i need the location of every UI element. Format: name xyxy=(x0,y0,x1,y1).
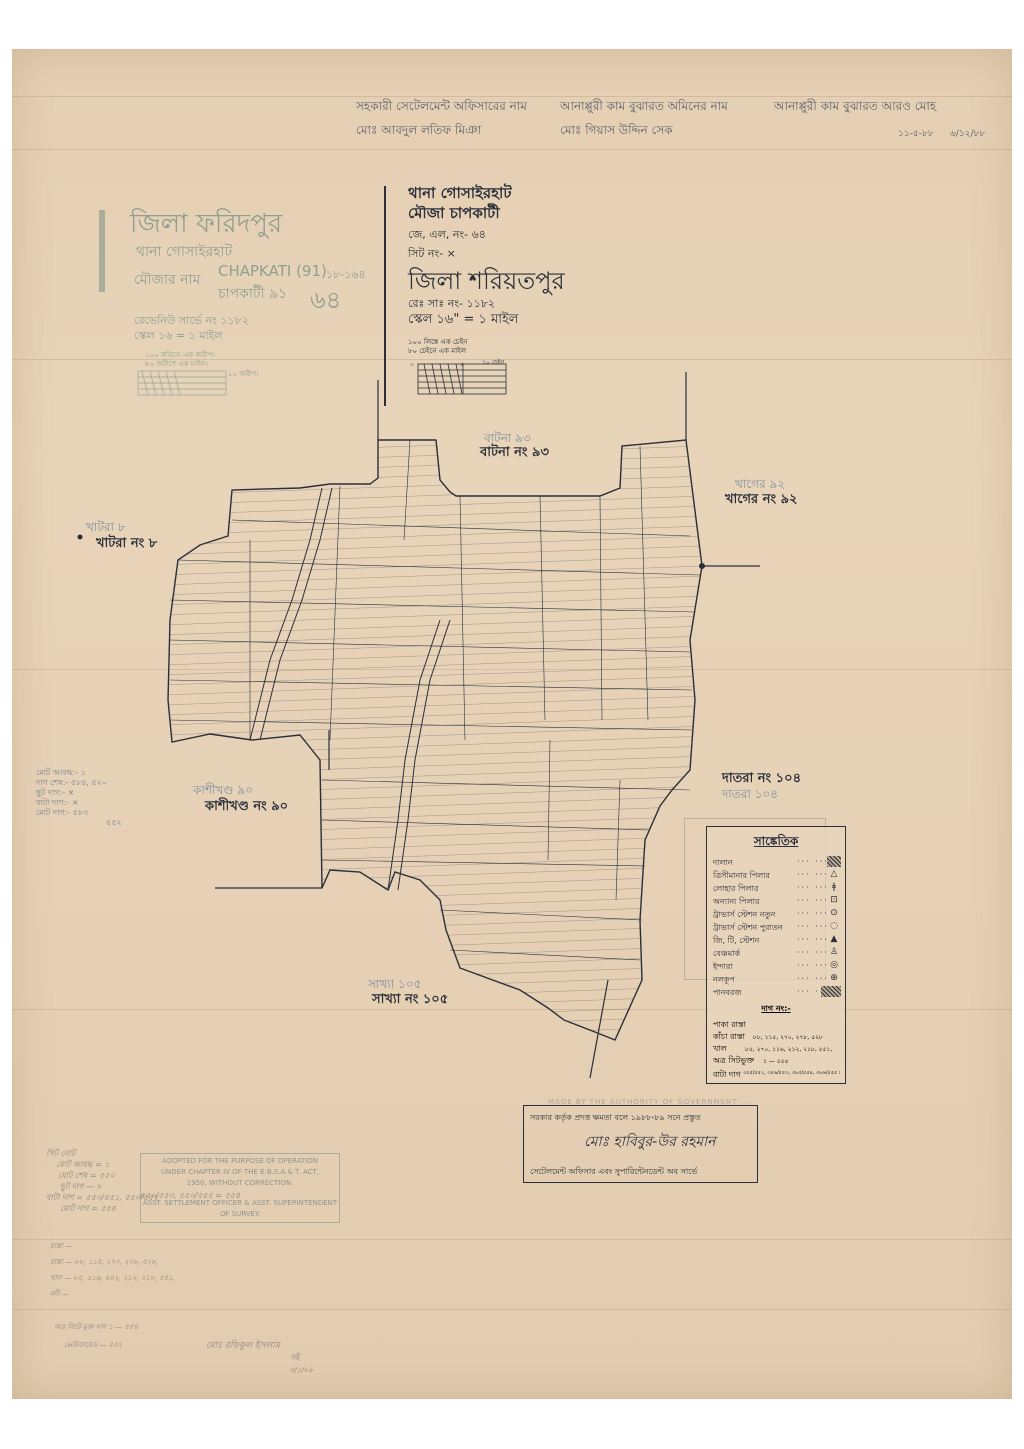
summary-line: মোট দাগ:- ৫৮৩ xyxy=(36,808,122,818)
trijunction-marker xyxy=(699,563,705,569)
pencil-notes-3: অত্র সিটে মুক্ত দাগ ১ — ৫৫৪ ভেরিফায়েড —… xyxy=(54,1318,138,1354)
kacha-road-value: ৮৮, ১১৫, ২৭০, ২৭৮, ৫২৮ xyxy=(753,1032,823,1043)
neighbor-east-old: দাতরা ১০৪ xyxy=(722,786,778,806)
summary-line: দাগ শেষ:- ৫৮৪, ৫২০ xyxy=(36,778,122,788)
adopted-line5: OF SURVEY. xyxy=(141,1210,339,1218)
canal-value: ৮৫, ২৭০, ১১৬, ২১২, ২১৮, ৫৫১, xyxy=(745,1044,832,1055)
neighbor-north: বাটনা নং ৯৩ xyxy=(480,443,549,464)
pencil-note: রাস্তা — ৮৮, ১১৫, ২৭০, ২৭৮, ৫২৮, xyxy=(50,1254,175,1270)
neighbor-south: সাখ্যা নং ১০৫ xyxy=(372,990,448,1011)
adopted-line3: 1950, WITHOUT CORRECTION. xyxy=(141,1179,339,1187)
neighbor-northeast: খাগের নং ৯২ xyxy=(725,490,798,511)
traverse-old-icon: ◌ xyxy=(827,921,841,932)
pencil-notes-1: সিট নোট মোট আবদ্ধ = ১ মোট শেষ = ৫৫০ ছুট … xyxy=(46,1148,158,1214)
legend-item: ট্রাভার্স স্টেশন পুরাতন··· ···◌ xyxy=(713,922,841,935)
pencil-fraction: ৫৫০/৫৫৩, ৫৫০/৫৫৫ = ৫৫৪ xyxy=(140,1190,240,1203)
legend-item: ইন্দারা··· ···◎ xyxy=(713,961,841,974)
plot-summary: মোট আবদ্ধ:- ১ দাগ শেষ:- ৫৮৪, ৫২০ ছুট দাগ… xyxy=(36,768,122,828)
legend-label: ইন্দারা xyxy=(713,961,733,974)
adopted-stamp: ADOPTED FOR THE PURPOSE OF OPERATION UND… xyxy=(140,1153,340,1223)
neighbor-southwest: কাশীখণ্ড নং ৯০ xyxy=(205,797,288,818)
betel-garden-icon xyxy=(821,986,841,997)
legend-item: দালান··· ··· xyxy=(713,857,841,870)
sheet-included-label: অত্র সিটভুক্ত xyxy=(713,1055,754,1068)
old-scale-bar xyxy=(138,371,226,395)
legend-item: বেঞ্চমার্ক··· ···♙ xyxy=(713,948,841,961)
legend-label: ট্রাভার্স স্টেশন নতুন xyxy=(713,909,775,922)
pencil-note: নদী — xyxy=(50,1286,175,1302)
cadastral-map xyxy=(0,0,1024,1449)
legend-label: অন্যান্য পিলার xyxy=(713,896,759,909)
tri-junction-pillar-icon: △ xyxy=(827,869,841,880)
legend-label: নলকূপ xyxy=(713,974,735,987)
legend-label: লোহার পিলার xyxy=(713,883,758,896)
pencil-note: অত্র সিটে মুক্ত দাগ ১ — ৫৫৪ xyxy=(54,1318,138,1336)
summary-line: বাটা দাগ:- × xyxy=(36,798,122,808)
pencil-note: মোট শেষ = ৫৫০ xyxy=(46,1170,158,1181)
west-dot xyxy=(78,535,83,540)
gt-station-icon: ▲ xyxy=(827,934,841,945)
pencil-date: ৫/১/৮৯ xyxy=(290,1364,313,1376)
pencil-note: সিট নোট xyxy=(46,1148,158,1159)
pencil-note: মোট দাগ = ৫৫৪ xyxy=(46,1203,158,1214)
benchmark-icon: ♙ xyxy=(827,947,841,958)
traverse-new-icon: ⊙ xyxy=(827,908,841,919)
legend-item: পানবরজ··· ··· xyxy=(713,987,841,1000)
legend-item: জি, টি, স্টেশন··· ···▲ xyxy=(713,935,841,948)
bata-dag-label: বাটা দাগ xyxy=(713,1069,741,1082)
pencil-notes-2: রাস্তা — রাস্তা — ৮৮, ১১৫, ২৭০, ২৭৮, ৫২৮… xyxy=(50,1238,175,1302)
legend-item: ত্রিসীমানার পিলার··· ···△ xyxy=(713,870,841,883)
pencil-note: রাস্তা — xyxy=(50,1238,175,1254)
pencil-note: খাল — ৮৫, ১১৬, ৪৪২, ২১২, ২১৮, ৫৫১, xyxy=(50,1270,175,1286)
cert-signature: মোঃ হাবিবুর-উর রহমান xyxy=(584,1130,716,1154)
other-pillar-icon: ⊡ xyxy=(827,895,841,906)
summary-line: মোট আবদ্ধ:- ১ xyxy=(36,768,122,778)
scale-bar xyxy=(418,364,506,394)
legend-label: ট্রাভার্স স্টেশন পুরাতন xyxy=(713,922,783,935)
pencil-signature: মোঃ রফিকুল ইসলাম xyxy=(206,1338,280,1353)
cert-line3: সেটেলমেন্ট অফিসার এবং সুপারিন্টেনডেন্ট অ… xyxy=(530,1166,697,1179)
cert-line1: সরকার কর্তৃক প্রদত্ত ক্ষমতা বলে ১৯৮৮-৮৯ … xyxy=(530,1112,701,1125)
summary-footnote: ৫৫২ xyxy=(36,818,122,828)
well-icon: ◎ xyxy=(827,960,841,971)
legend-item: ট্রাভার্স স্টেশন নতুন··· ···⊙ xyxy=(713,909,841,922)
bata-dag-value: ৩৫৫/৫৫২, ৩৫৬/৫৫৩, ৩৮৫/৫৫৪, ৩৮৬/৫৫৫ । xyxy=(743,1070,841,1078)
legend: সাঙ্কেতিক দালান··· ··· ত্রিসীমানার পিলার… xyxy=(706,826,846,1084)
tubewell-icon: ⊕ xyxy=(827,973,841,984)
legend-item: অন্যান্য পিলার··· ···⊡ xyxy=(713,896,841,909)
pencil-note: ভেরিফায়েড — ৫৫২ xyxy=(54,1336,138,1354)
certificate-box: সরকার কর্তৃক প্রদত্ত ক্ষমতা বলে ১৯৮৮-৮৯ … xyxy=(523,1105,758,1183)
dag-header: দাগ নং:- xyxy=(707,1003,845,1016)
legend-label: পানবরজ xyxy=(713,987,742,1000)
iron-pillar-icon: ǂ xyxy=(827,882,841,893)
adopted-line2: UNDER CHAPTER IV OF THE E.B.S.A.& T. ACT… xyxy=(141,1168,339,1176)
legend-item: লোহার পিলার··· ···ǂ xyxy=(713,883,841,896)
building-icon xyxy=(827,856,841,867)
legend-label: দালান xyxy=(713,857,733,870)
sheet-included-value: ১ — ৫৫৪ xyxy=(763,1056,788,1067)
pencil-note: মোট আবদ্ধ = ১ xyxy=(46,1159,158,1170)
legend-title: সাঙ্কেতিক xyxy=(707,833,845,853)
adopted-line1: ADOPTED FOR THE PURPOSE OF OPERATION xyxy=(141,1157,339,1165)
neighbor-west: খাটরা নং ৮ xyxy=(96,534,157,555)
mouza-boundary xyxy=(168,440,702,1040)
legend-label: জি, টি, স্টেশন xyxy=(713,935,759,948)
summary-line: ছুট দাগ:- × xyxy=(36,788,122,798)
legend-label: ত্রিসীমানার পিলার xyxy=(713,870,770,883)
legend-label: বেঞ্চমার্ক xyxy=(713,948,740,961)
